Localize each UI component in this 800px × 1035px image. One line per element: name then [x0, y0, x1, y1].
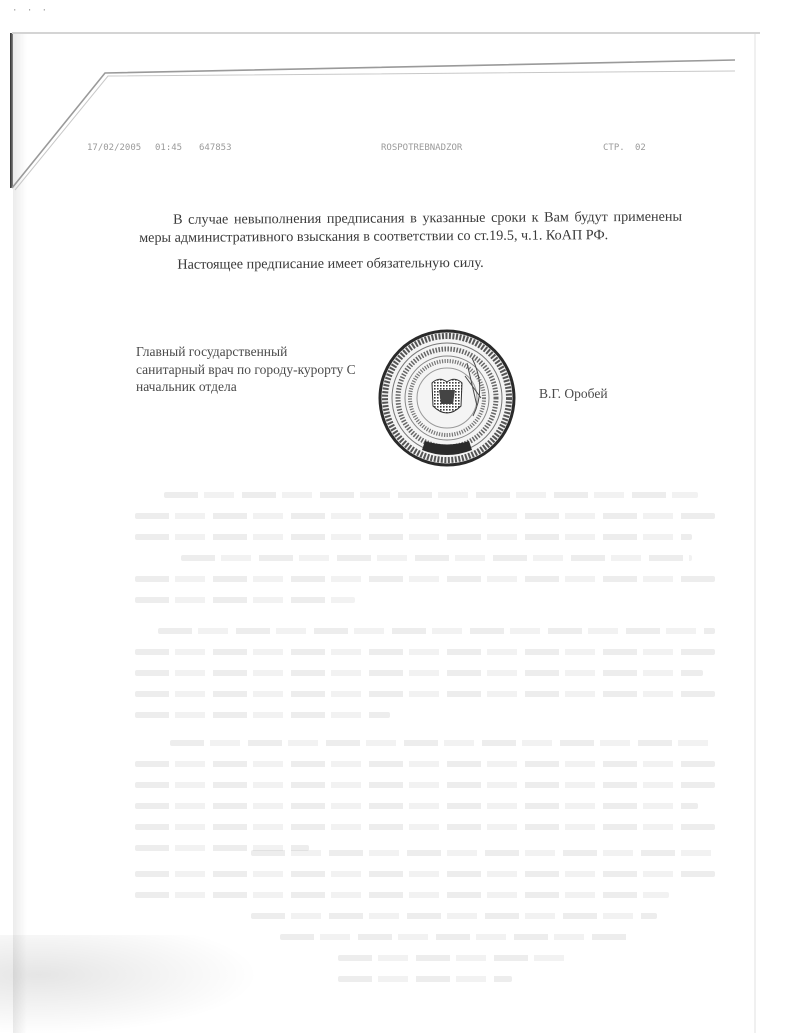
fax-page-number: 02: [635, 143, 646, 153]
fax-time: 01:45: [155, 143, 199, 153]
signatory-name: В.Г. Оробей: [539, 386, 608, 402]
signatory-position-line: начальник отдела: [136, 378, 356, 396]
document-body: В случае невыполнения предписания в указ…: [139, 208, 682, 274]
paragraph-penalty-notice: В случае невыполнения предписания в указ…: [139, 208, 682, 247]
fax-header: 17/02/2005 01:45 647853 ROSPOTREBNADZOR …: [87, 143, 677, 153]
fax-page-label: СТР.: [603, 143, 635, 153]
page-fold-line: [0, 0, 800, 200]
fax-number: 647853: [199, 143, 381, 153]
signatory-position-line: санитарный врач по городу-курорту С: [136, 361, 356, 379]
bleed-through-text: [135, 740, 715, 866]
signatory-position-line: Главный государственный: [136, 343, 356, 361]
bleed-through-text: [135, 628, 715, 733]
fax-date: 17/02/2005: [87, 143, 155, 153]
scan-edge-shadow: [13, 33, 27, 1033]
bleed-through-text: [135, 492, 715, 618]
scan-smudge: [0, 935, 260, 1035]
signatory-position: Главный государственный санитарный врач …: [136, 343, 356, 396]
coat-of-arms-icon: [432, 379, 462, 413]
fax-sender: ROSPOTREBNADZOR: [381, 143, 603, 153]
paragraph-binding-force: Настоящее предписание имеет обязательную…: [143, 253, 682, 274]
scan-corner-marks: · · ·: [12, 6, 49, 16]
scan-right-edge: [754, 33, 756, 1033]
official-seal-stamp: [377, 328, 517, 468]
